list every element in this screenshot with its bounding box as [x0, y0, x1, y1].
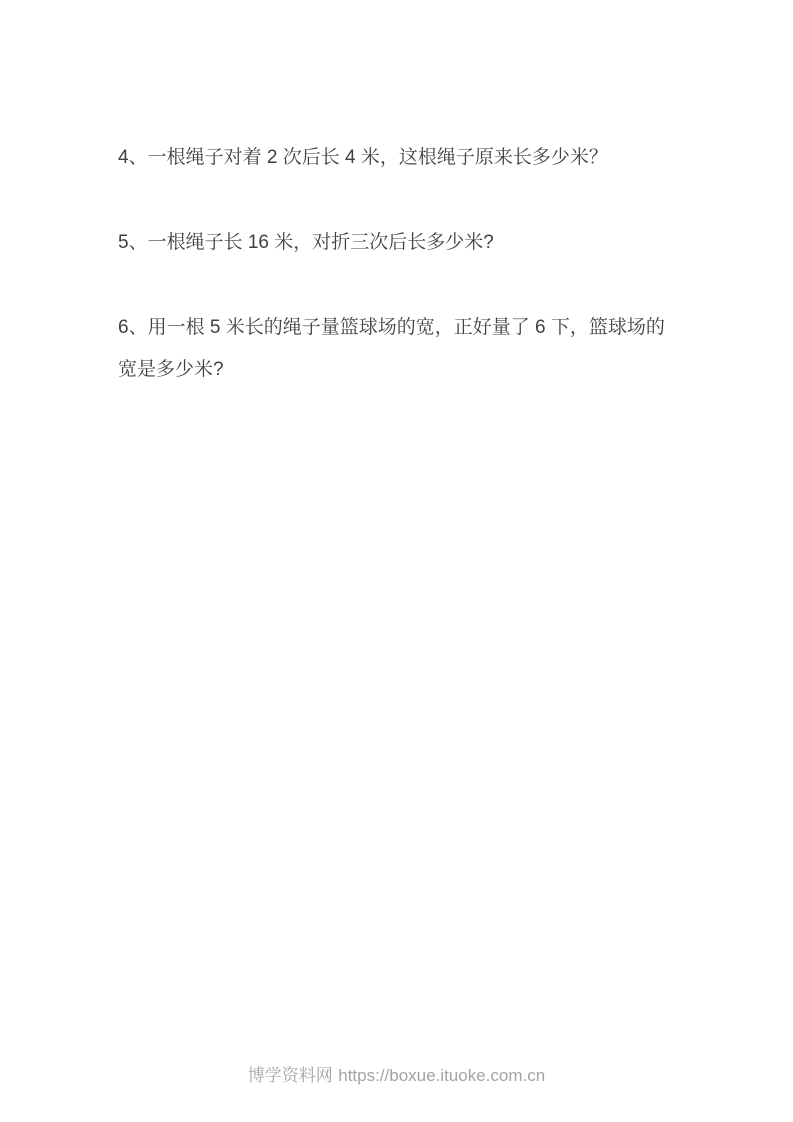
document-page: 4、一根绳子对着 2 次后长 4 米，这根绳子原来长多少米？ 5、一根绳子长 1…	[0, 0, 793, 1122]
footer-url: https://boxue.ituoke.com.cn	[338, 1066, 545, 1085]
question-5: 5、一根绳子长 16 米，对折三次后长多少米?	[118, 222, 718, 264]
footer-site-name: 博学资料网	[248, 1066, 333, 1085]
worksheet-questions: 4、一根绳子对着 2 次后长 4 米，这根绳子原来长多少米？ 5、一根绳子长 1…	[118, 137, 718, 434]
question-6: 6、用一根 5 米长的绳子量篮球场的宽，正好量了 6 下，篮球场的 宽是多少米?	[118, 307, 718, 391]
question-6-text-line-2: 宽是多少米?	[118, 349, 718, 391]
page-footer: 博学资料网https://boxue.ituoke.com.cn	[0, 1063, 793, 1089]
question-4-text: 4、一根绳子对着 2 次后长 4 米，这根绳子原来长多少米？	[118, 137, 718, 179]
question-4: 4、一根绳子对着 2 次后长 4 米，这根绳子原来长多少米？	[118, 137, 718, 179]
question-6-text-line-1: 6、用一根 5 米长的绳子量篮球场的宽，正好量了 6 下，篮球场的	[118, 307, 718, 349]
question-5-text: 5、一根绳子长 16 米，对折三次后长多少米?	[118, 222, 718, 264]
